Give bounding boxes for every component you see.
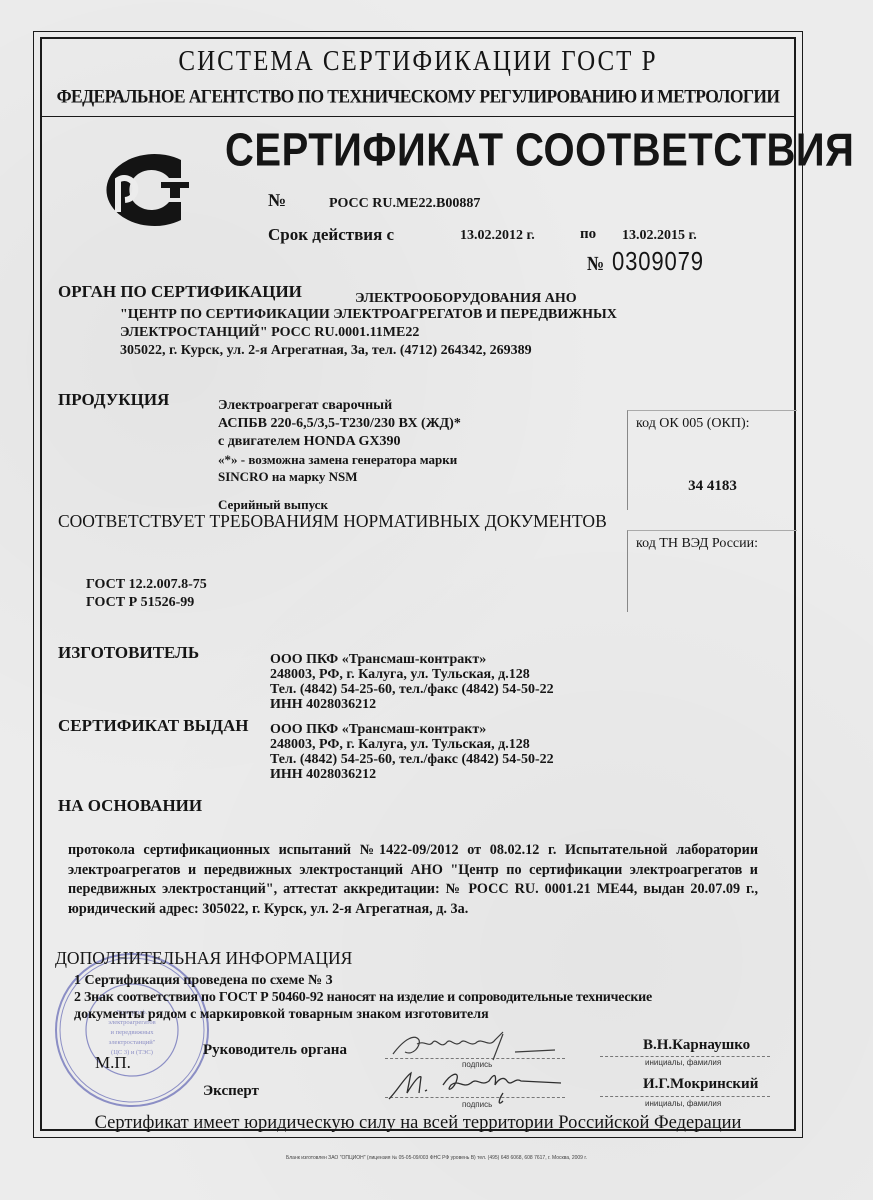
okp-code-value: 34 4183 [628,478,797,495]
document-title: СЕРТИФИКАТ СООТВЕТСТВИЯ [225,125,854,177]
tnved-code-label: код ТН ВЭД России: [628,531,797,552]
expert-label: Эксперт [203,1083,259,1100]
certification-body-label: ОРГАН ПО СЕРТИФИКАЦИИ [58,282,302,302]
expert-signature-caption: подпись [462,1100,492,1109]
certification-body-line: ЭЛЕКТРОСТАНЦИЙ" РОСС RU.0001.11МЕ22 [120,325,419,341]
product-label: ПРОДУКЦИЯ [58,390,169,410]
agency-heading: ФЕДЕРАЛЬНОЕ АГЕНТСТВО ПО ТЕХНИЧЕСКОМУ РЕ… [40,85,796,108]
additional-info-line: 1 Сертификация проведена по схеме № 3 [74,973,333,989]
manufacturer-line: ООО ПКФ «Трансмаш-контракт» [270,652,486,668]
issued-to-line: ООО ПКФ «Трансмаш-контракт» [270,722,486,738]
svg-text:электростанций": электростанций" [109,1039,156,1046]
conformity-label: СООТВЕТСТВУЕТ ТРЕБОВАНИЯМ НОРМАТИВНЫХ ДО… [58,511,607,532]
certificate-page: СИСТЕМА СЕРТИФИКАЦИИ ГОСТ Р ФЕДЕРАЛЬНОЕ … [0,0,873,1200]
basis-label: НА ОСНОВАНИИ [58,796,202,816]
manufacturer-line: Тел. (4842) 54-25-60, тел./факс (4842) 5… [270,682,554,698]
head-signature-icon [385,1030,585,1062]
cert-number: РОСС RU.МЕ22.В00887 [329,196,480,212]
additional-info-label: ДОПОЛНИТЕЛЬНАЯ ИНФОРМАЦИЯ [55,948,352,969]
valid-to-label: по [580,226,596,243]
certification-body-line: "ЦЕНТР ПО СЕРТИФИКАЦИИ ЭЛЕКТРОАГРЕГАТОВ … [120,307,617,323]
cert-number-label: № [268,190,286,211]
expert-name: И.Г.Мокринский [643,1076,758,1093]
certification-body-line: ЭЛЕКТРООБОРУДОВАНИЯ АНО [355,291,577,307]
product-line: Электроагрегат сварочный [218,398,392,414]
header-divider [40,116,796,117]
expert-name-caption: инициалы, фамилия [645,1099,721,1108]
manufacturer-line: 248003, РФ, г. Калуга, ул. Тульская, д.1… [270,667,530,683]
system-heading: СИСТЕМА СЕРТИФИКАЦИИ ГОСТ Р [40,46,796,78]
additional-info-line: документы рядом с маркировкой товарным з… [74,1007,489,1023]
form-number: 0309079 [612,246,704,276]
issued-to-line: 248003, РФ, г. Калуга, ул. Тульская, д.1… [270,737,530,753]
issued-to-line: Тел. (4842) 54-25-60, тел./факс (4842) 5… [270,752,554,768]
svg-text:и передвижных: и передвижных [111,1029,155,1036]
standard-item: ГОСТ 12.2.007.8-75 [86,577,207,593]
manufacturer-line: ИНН 4028036212 [270,697,376,713]
standard-item: ГОСТ Р 51526-99 [86,595,194,611]
printer-note: Бланк изготовлен ЗАО "ОПЦИОН" (лицензия … [0,1155,873,1161]
additional-info-line: 2 Знак соответствия по ГОСТ Р 50460-92 н… [74,990,652,1006]
expert-name-line [600,1096,770,1097]
certification-body-line: 305022, г. Курск, ул. 2-я Агрегатная, 3а… [120,343,532,359]
product-line: с двигателем HONDA GX390 [218,434,400,450]
validity-label: Срок действия с [268,225,394,245]
valid-to: 13.02.2015 г. [622,228,697,244]
manufacturer-label: ИЗГОТОВИТЕЛЬ [58,643,199,663]
tnved-code-box: код ТН ВЭД России: [627,530,797,612]
stamp-place-label: М.П. [95,1053,131,1073]
rst-logo-icon [93,150,193,230]
okp-code-box: код ОК 005 (ОКП): 34 4183 [627,410,797,510]
form-serial: № 0309079 [587,246,704,277]
head-label: Руководитель органа [203,1042,347,1059]
form-number-label: № [587,253,605,275]
basis-text: протокола сертификационных испытаний №14… [68,841,758,919]
product-line: «*» - возможна замена генератора марки [218,452,457,468]
head-name: В.Н.Карнаушко [643,1037,750,1054]
head-name-caption: инициалы, фамилия [645,1058,721,1067]
issued-to-line: ИНН 4028036212 [270,767,376,783]
validity-note: Сертификат имеет юридическую силу на все… [40,1113,796,1134]
okp-code-label: код ОК 005 (ОКП): [628,411,797,432]
product-line: SINCRO на марку NSM [218,469,358,485]
valid-from: 13.02.2012 г. [460,228,535,244]
product-line: АСПБВ 220-6,5/3,5-Т230/230 ВХ (ЖД)* [218,416,461,432]
issued-to-label: СЕРТИФИКАТ ВЫДАН [58,716,249,736]
head-name-line [600,1056,770,1057]
